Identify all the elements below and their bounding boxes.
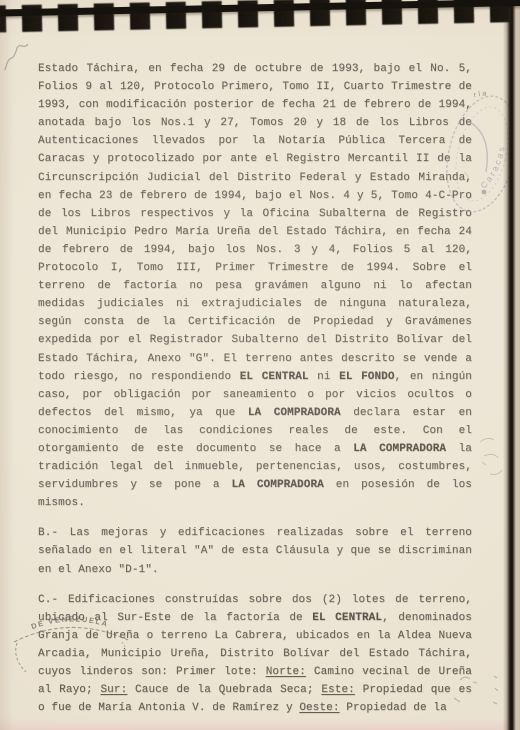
paragraph-c: C.- Edificaciones construídas sobre dos … <box>38 591 472 718</box>
text-segment: B.- Las mejoras y edificaciones realizad… <box>38 527 472 575</box>
comb-binding <box>0 0 520 43</box>
paragraph-b: B.- Las mejoras y edificaciones realizad… <box>38 524 472 578</box>
text-segment: LA COMPRADORA <box>232 479 324 491</box>
text-segment: Cauce de la Quebrada Seca; <box>127 684 321 696</box>
text-segment: Propiedad de la <box>340 702 447 714</box>
svg-text:Caracas: Caracas <box>478 144 507 191</box>
text-segment: Norte: <box>266 666 306 678</box>
text-segment: ni <box>309 371 340 383</box>
text-segment: Este: <box>321 684 355 696</box>
binding-teeth <box>0 0 520 33</box>
document-text: Estado Táchira, en fecha 29 de octubre d… <box>38 60 472 729</box>
svg-text:ría: ría <box>473 90 488 99</box>
binding-spine-bar <box>0 0 520 17</box>
text-segment: EL CENTRAL <box>312 612 382 624</box>
text-segment: EL CENTRAL <box>240 371 309 383</box>
text-segment: LA COMPRADORA <box>248 407 341 419</box>
text-segment: Oeste: <box>299 702 339 714</box>
paragraph-a-continuation: Estado Táchira, en fecha 29 de octubre d… <box>38 60 472 512</box>
text-segment: Sur: <box>100 684 127 696</box>
page-edge-shadow <box>503 0 520 730</box>
text-segment: Estado Táchira, en fecha 29 de octubre d… <box>38 63 472 383</box>
scan-artifact-smudge <box>470 428 510 488</box>
text-segment: LA COMPRADORA <box>353 443 446 455</box>
seal-arc-text-bottom: Caracas <box>478 144 507 191</box>
seal-arc-text-top: ría <box>473 90 488 99</box>
scanned-document-page: Estado Táchira, en fecha 29 de octubre d… <box>0 0 520 730</box>
pencil-scribble <box>2 40 32 80</box>
text-segment: EL FONDO <box>339 371 394 383</box>
